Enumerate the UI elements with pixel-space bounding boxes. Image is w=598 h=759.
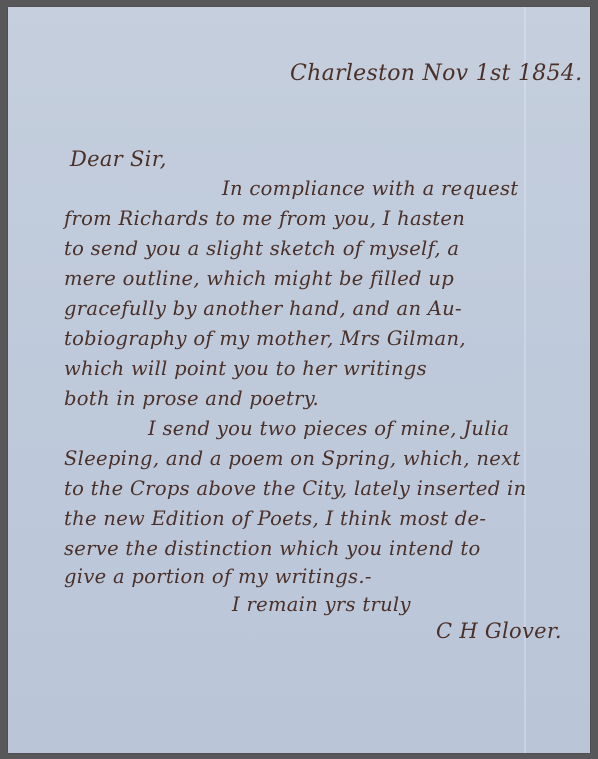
- letter-dateline: Charleston Nov 1st 1854.: [290, 61, 582, 86]
- letter-body-line: In compliance with a request: [222, 177, 518, 200]
- letter-body-line: I send you two pieces of mine, Julia: [148, 417, 509, 440]
- letter-salutation: Dear Sir,: [70, 147, 167, 171]
- letter-signature: C H Glover.: [436, 619, 562, 643]
- letter-closing: I remain yrs truly: [232, 593, 411, 616]
- letter-body-line: mere outline, which might be filled up: [64, 267, 454, 290]
- letter-body-line: both in prose and poetry.: [64, 387, 319, 410]
- letter-body-line: the new Edition of Poets, I think most d…: [64, 507, 486, 530]
- letter-body-line: gracefully by another hand, and an Au-: [64, 297, 462, 320]
- letter-body-line: Sleeping, and a poem on Spring, which, n…: [64, 447, 521, 470]
- letter-body-line: from Richards to me from you, I hasten: [64, 207, 465, 230]
- letter-body-line: serve the distinction which you intend t…: [64, 537, 481, 560]
- letter-body-line: to send you a slight sketch of myself, a: [64, 237, 459, 260]
- letter-body-line: tobiography of my mother, Mrs Gilman,: [64, 327, 466, 350]
- letter-body-line: to the Crops above the City, lately inse…: [64, 477, 526, 500]
- letter-body-line: give a portion of my writings.-: [64, 565, 372, 588]
- letter-body-line: which will point you to her writings: [64, 357, 427, 380]
- letter-page: Charleston Nov 1st 1854. Dear Sir, In co…: [8, 7, 590, 753]
